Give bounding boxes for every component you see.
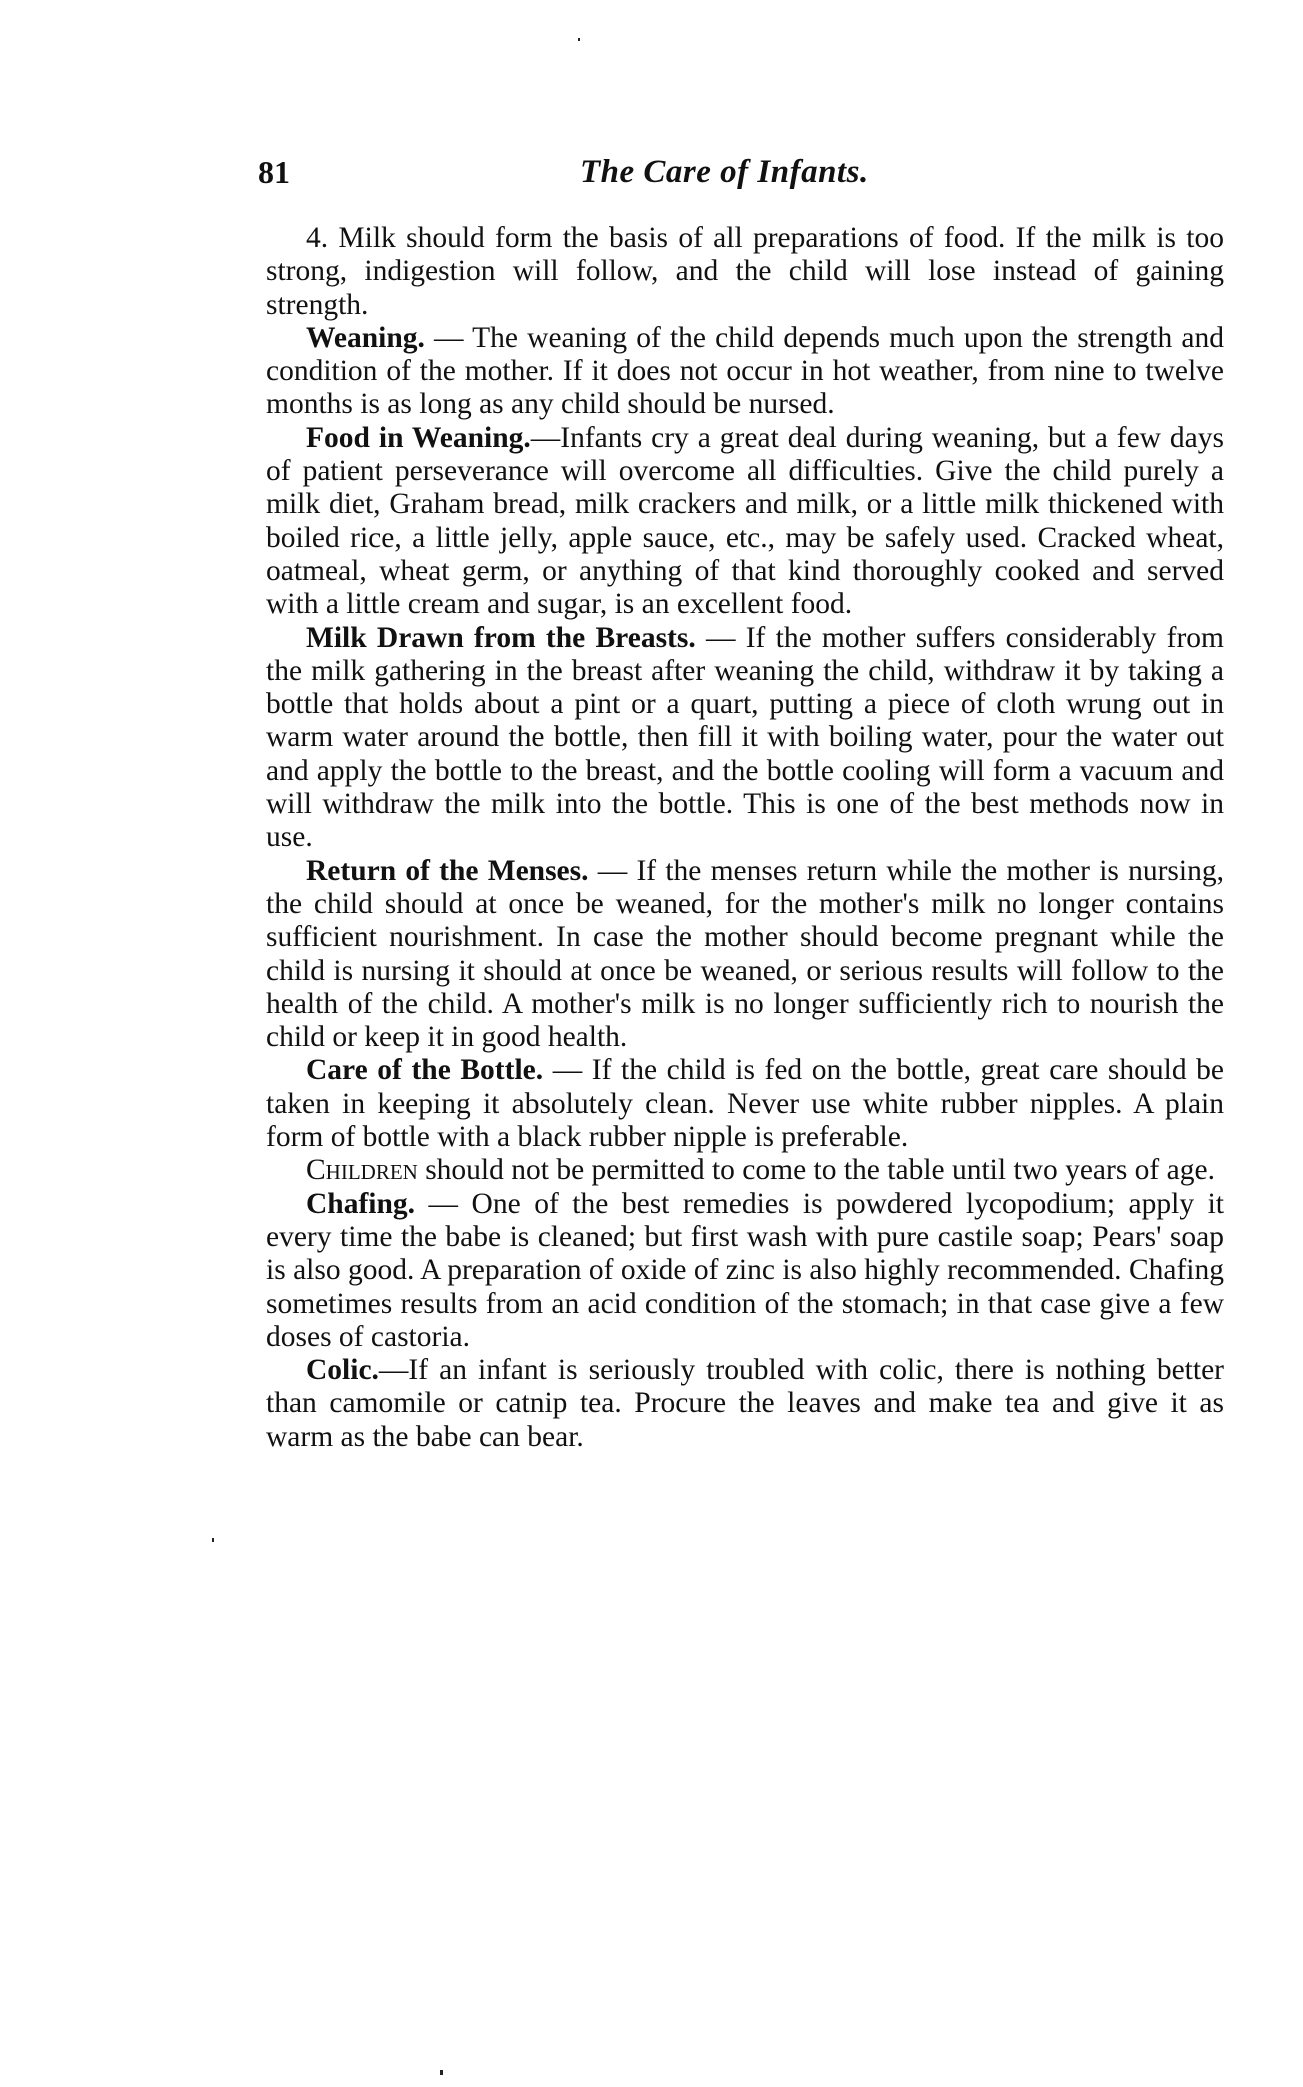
section-heading: Return of the Menses. — [306, 855, 589, 887]
paragraph-food-in-weaning: Food in Weaning.—Infants cry a great dea… — [266, 422, 1224, 622]
section-heading: Weaning. — [306, 322, 425, 354]
paragraph-chafing: Chafing. — One of the best remedies is p… — [266, 1188, 1224, 1354]
paragraph-text: — If the mother suffers considerably fro… — [266, 622, 1224, 854]
section-heading-smallcaps: Children — [306, 1154, 418, 1186]
section-heading: Food in Weaning. — [306, 422, 531, 454]
scan-speck — [440, 2070, 443, 2075]
scan-speck — [578, 38, 580, 41]
paragraph-milk-drawn: Milk Drawn from the Breasts. — If the mo… — [266, 622, 1224, 855]
page-header: 81 The Care of Infants. — [258, 152, 1226, 192]
section-heading: Milk Drawn from the Breasts. — [306, 622, 696, 654]
paragraph-milk-basis: 4. Milk should form the basis of all pre… — [266, 222, 1224, 322]
section-heading: Care of the Bottle. — [306, 1054, 543, 1086]
section-heading: Chafing. — [306, 1188, 415, 1220]
paragraph-children: Children should not be permitted to come… — [266, 1154, 1224, 1187]
paragraph-colic: Colic.—If an infant is seriously trouble… — [266, 1354, 1224, 1454]
scan-speck — [212, 1538, 214, 1542]
running-title: The Care of Infants. — [580, 152, 869, 192]
paragraph-care-of-bottle: Care of the Bottle. — If the child is fe… — [266, 1054, 1224, 1154]
page-number: 81 — [258, 152, 290, 192]
paragraph-text: 4. Milk should form the basis of all pre… — [266, 222, 1224, 321]
paragraph-text: —If an infant is seriously troubled with… — [266, 1354, 1224, 1453]
paragraph-weaning: Weaning. — The weaning of the child depe… — [266, 322, 1224, 422]
paragraph-text: should not be permitted to come to the t… — [418, 1154, 1215, 1186]
body-text: 4. Milk should form the basis of all pre… — [266, 222, 1224, 1454]
section-heading: Colic. — [306, 1354, 379, 1386]
paragraph-return-of-menses: Return of the Menses. — If the menses re… — [266, 855, 1224, 1055]
